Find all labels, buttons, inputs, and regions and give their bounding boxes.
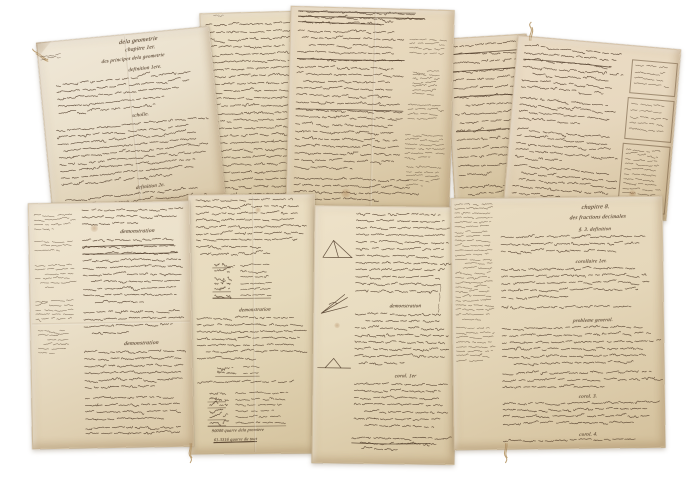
handwriting-strokes <box>405 35 452 63</box>
legible-heading: chapitre 8. <box>560 203 631 211</box>
handwriting-strokes <box>290 26 410 181</box>
manuscript-sheet-feuillet-7-arithmetique: demonstration90000 quarre dela premiere6… <box>188 193 317 454</box>
foxing-stain <box>255 207 261 213</box>
legible-heading: 61.3316 quarre du tout <box>214 436 305 443</box>
foxing-stain <box>334 322 340 328</box>
handwriting-strokes <box>351 310 456 375</box>
handwriting-strokes <box>498 302 646 319</box>
manuscript-sheet-cahier-geometrie-titre: dela geometriechapitre 1er.des principes… <box>36 26 226 216</box>
handwriting-strokes <box>31 261 82 296</box>
handwriting-strokes <box>36 50 65 67</box>
legible-heading: demonstration <box>224 307 285 314</box>
handwriting-strokes <box>82 423 194 444</box>
legible-heading: des fractions decimales <box>542 214 653 223</box>
handwriting-strokes <box>32 297 81 328</box>
handwriting-strokes <box>499 435 657 451</box>
manuscript-sheet-feuillet-8-triangles: demonstrationcorol. 1er <box>311 205 457 465</box>
handwriting-strokes <box>30 211 78 239</box>
manuscript-sheet-feuillet-5-theoremes-encadres <box>503 35 681 221</box>
handwriting-strokes <box>30 237 76 260</box>
handwriting-strokes <box>192 195 313 257</box>
handwriting-strokes <box>630 60 677 96</box>
handwriting-strokes <box>452 324 499 369</box>
handwriting-strokes <box>401 131 450 167</box>
handwriting-strokes <box>78 235 189 314</box>
handwriting-strokes <box>80 347 191 398</box>
handwriting-strokes <box>450 200 498 328</box>
manuscript-sheet-cahier-fractions-decimales: chapitre 8.des fractions decimales§. 3. … <box>450 196 665 451</box>
geometric-diagram <box>319 293 353 321</box>
arithmetic-figures <box>210 260 284 307</box>
handwriting-strokes <box>431 281 443 319</box>
legible-heading: demonstration <box>373 304 438 309</box>
handwriting-strokes <box>404 101 449 128</box>
handwriting-strokes <box>350 380 457 438</box>
handwriting-strokes <box>347 434 455 460</box>
binding-thread <box>523 22 541 43</box>
boxed-theorem-table <box>629 59 678 97</box>
manuscript-sheet-feuillet-3-marges-annotees <box>285 6 454 214</box>
binding-thread <box>499 444 515 464</box>
boxed-theorem-table <box>624 97 674 143</box>
handwriting-strokes <box>80 307 191 345</box>
handwriting-strokes <box>408 67 443 102</box>
binding-thread <box>184 443 200 463</box>
manuscript-sheet-feuillet-6-demonstrations: demonstrationdemonstration <box>28 201 194 450</box>
handwriting-strokes <box>34 327 73 362</box>
manuscript-photo: dela geometriechapitre 1er.des principes… <box>0 0 700 482</box>
handwriting-strokes <box>498 323 665 375</box>
handwriting-strokes <box>625 98 673 142</box>
legible-heading: corol. 1er <box>380 374 431 379</box>
handwriting-strokes <box>499 398 665 435</box>
